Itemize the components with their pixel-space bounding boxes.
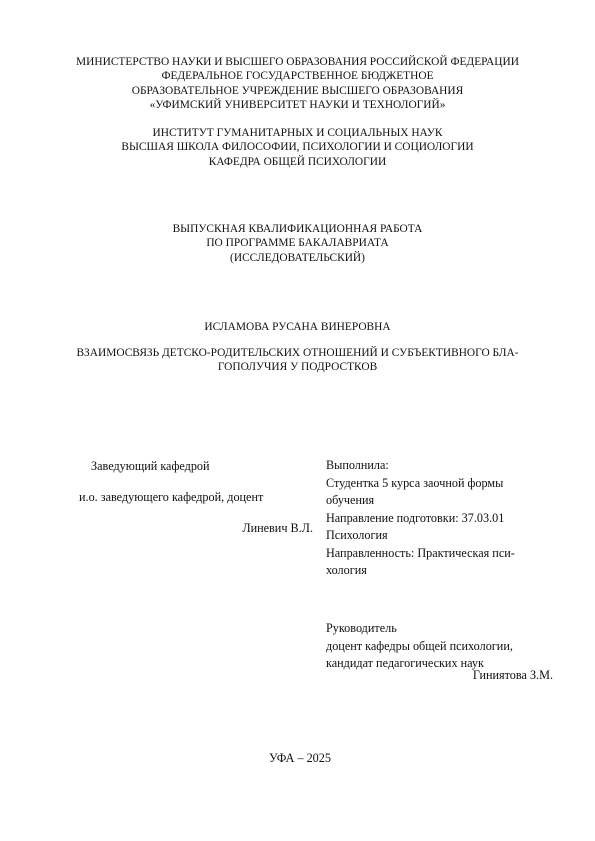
work-type-line: (ИССЛЕДОВАТЕЛЬСКИЙ) <box>0 251 595 265</box>
title-page: МИНИСТЕРСТВО НАУКИ И ВЫСШЕГО ОБРАЗОВАНИЯ… <box>0 0 595 841</box>
supervisor-label: Руководитель <box>326 620 566 638</box>
thesis-title-line: ГОПОЛУЧИЯ У ПОДРОСТКОВ <box>0 360 595 374</box>
performer-line: Направленность: Практическая пси- <box>326 545 566 563</box>
performer-line: хология <box>326 562 566 580</box>
author-name: ИСЛАМОВА РУСАНА ВИНЕРОВНА <box>0 320 595 334</box>
ministry-line: ОБРАЗОВАТЕЛЬНОЕ УЧРЕЖДЕНИЕ ВЫСШЕГО ОБРАЗ… <box>0 84 595 98</box>
performer-line: Студентка 5 курса заочной формы <box>326 475 566 493</box>
work-type: ВЫПУСКНАЯ КВАЛИФИКАЦИОННАЯ РАБОТА ПО ПРО… <box>0 222 595 265</box>
head-of-department-position: и.о. заведующего кафедрой, доцент <box>79 490 263 505</box>
ministry-header: МИНИСТЕРСТВО НАУКИ И ВЫСШЕГО ОБРАЗОВАНИЯ… <box>0 55 595 112</box>
head-of-department-name: Линевич В.Л. <box>242 521 313 536</box>
city-year: УФА – 2025 <box>0 751 595 766</box>
ministry-line: ФЕДЕРАЛЬНОЕ ГОСУДАРСТВЕННОЕ БЮДЖЕТНОЕ <box>0 69 595 83</box>
performer-line: обучения <box>326 492 566 510</box>
supervisor-line: доцент кафедры общей психологии, <box>326 638 566 656</box>
performer-line: Психология <box>326 527 566 545</box>
institute-header: ИНСТИТУТ ГУМАНИТАРНЫХ И СОЦИАЛЬНЫХ НАУК … <box>0 126 595 169</box>
author-text: ИСЛАМОВА РУСАНА ВИНЕРОВНА <box>0 320 595 334</box>
work-type-line: ВЫПУСКНАЯ КВАЛИФИКАЦИОННАЯ РАБОТА <box>0 222 595 236</box>
head-of-department-label: Заведующий кафедрой <box>91 459 210 474</box>
supervisor-name: Гиниятова З.М. <box>473 667 553 685</box>
performer-line: Направление подготовки: 37.03.01 <box>326 510 566 528</box>
school-name: ВЫСШАЯ ШКОЛА ФИЛОСОФИИ, ПСИХОЛОГИИ И СОЦ… <box>0 140 595 154</box>
institute-name: ИНСТИТУТ ГУМАНИТАРНЫХ И СОЦИАЛЬНЫХ НАУК <box>0 126 595 140</box>
performer-label: Выполнила: <box>326 457 566 475</box>
work-type-line: ПО ПРОГРАММЕ БАКАЛАВРИАТА <box>0 236 595 250</box>
thesis-title-line: ВЗАИМОСВЯЗЬ ДЕТСКО-РОДИТЕЛЬСКИХ ОТНОШЕНИ… <box>0 346 595 360</box>
university-name: «УФИМСКИЙ УНИВЕРСИТЕТ НАУКИ И ТЕХНОЛОГИЙ… <box>0 98 595 112</box>
ministry-line: МИНИСТЕРСТВО НАУКИ И ВЫСШЕГО ОБРАЗОВАНИЯ… <box>0 55 595 69</box>
department-name: КАФЕДРА ОБЩЕЙ ПСИХОЛОГИИ <box>0 155 595 169</box>
thesis-title: ВЗАИМОСВЯЗЬ ДЕТСКО-РОДИТЕЛЬСКИХ ОТНОШЕНИ… <box>0 346 595 375</box>
performer-block: Выполнила: Студентка 5 курса заочной фор… <box>326 457 566 580</box>
supervisor-block: Руководитель доцент кафедры общей психол… <box>326 620 566 673</box>
